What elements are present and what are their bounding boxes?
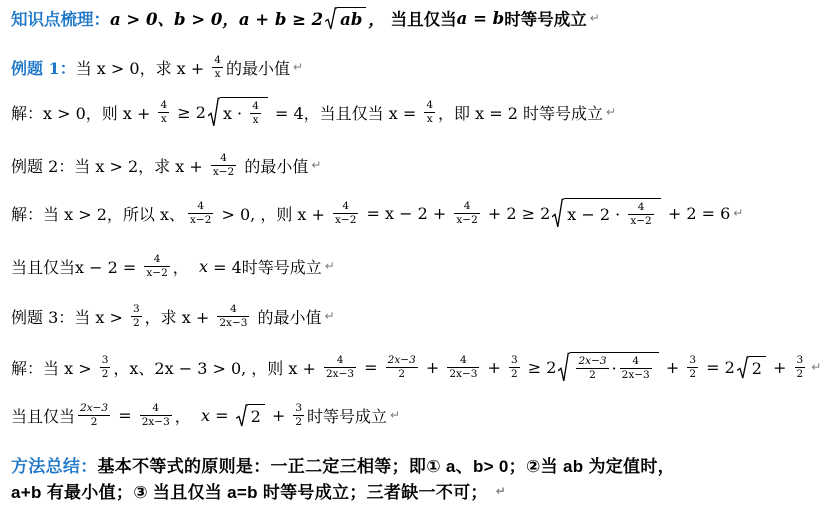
radicand: x − 2 · 4x−2	[564, 198, 660, 228]
fraction-numerator: 4	[630, 355, 641, 367]
text-run: 的最小值	[226, 56, 290, 79]
fraction-numerator: 3	[131, 303, 142, 315]
fraction-denominator: x−2	[628, 215, 653, 227]
fraction-denominator: 2	[100, 368, 111, 380]
fraction: 4x−2	[333, 200, 358, 226]
paragraph-mark-icon: ↵	[390, 408, 400, 422]
text-run: 例题 2：当 x > 2，求 x +	[11, 154, 208, 177]
fraction-denominator: x−2	[454, 214, 479, 226]
text-run: ，x、2x − 3 > 0, ，则 x +	[113, 356, 321, 379]
fraction-numerator: 4	[424, 99, 435, 111]
fraction: 42x−3	[447, 354, 479, 380]
text-run: 的最小值	[252, 305, 321, 328]
fraction-denominator: x	[425, 113, 435, 125]
fraction-denominator: x−2	[211, 166, 236, 178]
example3-solution-line: 解：当 x > 32，x、2x − 3 > 0, ，则 x + 42x−3 = …	[11, 352, 821, 382]
fraction-denominator: 2x−3	[140, 416, 172, 428]
text-run: 2	[752, 359, 762, 378]
example1-title-line: 例题 1：当 x > 0，求 x + 4x的最小值↵	[11, 54, 303, 80]
fraction-denominator: 2x−3	[447, 368, 479, 380]
text-run: > 0, ，则 x +	[216, 202, 330, 225]
heading-label: 方法总结：	[11, 452, 98, 477]
fraction: 2x−32	[78, 402, 110, 428]
sqrt-radical: 2x−32·42x−3	[558, 352, 658, 382]
fraction-numerator: 4	[636, 201, 647, 213]
text-run: a > 0、b > 0，a + b ≥ 2	[110, 6, 323, 30]
radicand: x · 4x	[220, 97, 268, 127]
text-run: 当且仅当	[385, 6, 457, 30]
fraction-denominator: x	[159, 113, 169, 125]
fraction: 4x	[250, 100, 261, 126]
fraction: 2x−32	[576, 355, 608, 381]
fraction-denominator: 2	[293, 416, 304, 428]
radicand: 2	[749, 356, 766, 379]
text-run: + 2 = 6	[663, 204, 731, 223]
fraction: 42x−3	[324, 354, 356, 380]
text-run: 当且仅当x − 2 =	[11, 255, 141, 278]
document-page: 知识点梳理：a > 0、b > 0，a + b ≥ 2ab， 当且仅当a = b…	[0, 0, 831, 509]
text-run: ，	[175, 404, 201, 427]
text-run: + 2 ≥ 2	[483, 204, 551, 223]
text-run: ，	[368, 6, 385, 30]
fraction: 4x−2	[144, 253, 169, 279]
fraction: 32	[509, 354, 520, 380]
text-run: ，求 x +	[145, 305, 215, 328]
fraction-denominator: 2x−3	[324, 368, 356, 380]
text-run: +	[267, 406, 291, 425]
heading-label: 知识点梳理：	[11, 6, 110, 30]
fraction-numerator: 2x−3	[386, 354, 418, 366]
text-run: 时等号成立	[504, 6, 587, 30]
fraction: 42x−3	[620, 355, 652, 381]
text-run: a = b	[457, 9, 505, 28]
fraction-numerator: 4	[218, 152, 229, 164]
fraction-denominator: 2	[795, 368, 806, 380]
text-run: =	[210, 406, 234, 425]
fraction: 32	[687, 354, 698, 380]
example2-solution-line: 解：当 x > 2，所以 x、4x−2 > 0, ，则 x + 4x−2 = x…	[11, 198, 743, 228]
text-run: ab	[340, 10, 362, 29]
fraction-denominator: x−2	[333, 214, 358, 226]
fraction: 4x	[158, 99, 169, 125]
fraction-numerator: 3	[687, 354, 698, 366]
paragraph-mark-icon: ↵	[606, 105, 616, 119]
fraction: 32	[795, 354, 806, 380]
text-run: +	[421, 358, 445, 377]
summary-line-2: a+b 有最小值；③ 当且仅当 a=b 时等号成立；三者缺一不可； ↵	[11, 478, 506, 503]
paragraph-mark-icon: ↵	[811, 360, 821, 374]
fraction-denominator: 2x−3	[217, 317, 249, 329]
fraction-denominator: 2	[587, 369, 598, 381]
fraction-numerator: 3	[795, 354, 806, 366]
fraction-numerator: 4	[458, 354, 469, 366]
text-run: 2	[251, 407, 261, 426]
text-run: +	[768, 358, 792, 377]
fraction-denominator: 2	[687, 368, 698, 380]
radicand: 2x−32·42x−3	[570, 352, 658, 382]
text-run: +	[482, 358, 506, 377]
paragraph-mark-icon: ↵	[325, 259, 335, 273]
text-run: ，	[173, 255, 199, 278]
sqrt-radical: ab	[325, 7, 366, 30]
fraction-numerator: 3	[100, 354, 111, 366]
radical-sign-icon	[325, 7, 337, 30]
text-run: =	[113, 406, 137, 425]
fraction: 42x−3	[217, 303, 249, 329]
fraction-denominator: 2	[89, 416, 100, 428]
fraction-denominator: x−2	[144, 267, 169, 279]
fraction-numerator: 2x−3	[78, 402, 110, 414]
text-run: ·	[612, 359, 617, 378]
example2-title-line: 例题 2：当 x > 2，求 x + 4x−2 的最小值↵	[11, 152, 321, 178]
fraction-numerator: 3	[509, 354, 520, 366]
paragraph-mark-icon: ↵	[293, 60, 303, 74]
paragraph-mark-icon: ↵	[496, 484, 506, 498]
heading-label: 例题 1：	[11, 56, 76, 79]
text-run: x	[201, 406, 210, 425]
radicand: ab	[337, 7, 366, 30]
sqrt-radical: 2	[236, 404, 265, 427]
paragraph-mark-icon: ↵	[733, 206, 743, 220]
radical-sign-icon	[558, 352, 570, 382]
sqrt-radical: x · 4x	[208, 97, 268, 127]
text-run: x ·	[223, 104, 247, 123]
example3-equality-line: 当且仅当2x−32 = 42x−3， x = 2 + 32时等号成立↵	[11, 402, 400, 428]
text-run: x	[199, 257, 208, 276]
text-run: ≥ 2	[172, 103, 206, 122]
fraction: 4x	[424, 99, 435, 125]
radical-sign-icon	[737, 356, 749, 379]
fraction-numerator: 2x−3	[576, 355, 608, 367]
text-run: 当 x > 0，求 x +	[76, 56, 210, 79]
fraction-denominator: x−2	[188, 214, 213, 226]
fraction: 4x	[212, 54, 223, 80]
fraction: 32	[293, 402, 304, 428]
text-run: 基本不等式的原则是：一正二定三相等；即① a、b> 0；②当 ab 为定值时，	[98, 452, 675, 477]
text-run: a+b 有最小值；③ 当且仅当 a=b 时等号成立；三者缺一不可；	[11, 478, 493, 503]
sqrt-radical: 2	[737, 356, 766, 379]
text-run: 时等号成立	[307, 404, 387, 427]
paragraph-mark-icon: ↵	[311, 158, 321, 172]
paragraph-mark-icon: ↵	[325, 309, 335, 323]
fraction: 4x−2	[628, 201, 653, 227]
knowledge-point-line: 知识点梳理：a > 0、b > 0，a + b ≥ 2ab， 当且仅当a = b…	[11, 6, 600, 30]
fraction: 4x−2	[454, 200, 479, 226]
fraction-numerator: 4	[158, 99, 169, 111]
text-run: x − 2 ·	[567, 205, 625, 224]
text-run: 例题 3：当 x >	[11, 305, 128, 328]
fraction: 42x−3	[140, 402, 172, 428]
text-run: 解：当 x >	[11, 356, 97, 379]
fraction-numerator: 4	[462, 200, 473, 212]
text-run: =	[359, 358, 383, 377]
fraction: 32	[100, 354, 111, 380]
example2-equality-line: 当且仅当x − 2 = 4x−2， x = 4时等号成立↵	[11, 253, 335, 279]
summary-line-1: 方法总结：基本不等式的原则是：一正二定三相等；即① a、b> 0；②当 ab 为…	[11, 452, 675, 477]
fraction-numerator: 4	[195, 200, 206, 212]
fraction-numerator: 4	[228, 303, 239, 315]
example1-solution-line: 解：x > 0，则 x + 4x ≥ 2x · 4x = 4，当且仅当 x = …	[11, 97, 616, 127]
text-run: 的最小值	[239, 154, 308, 177]
text-run: 解：当 x > 2，所以 x、	[11, 202, 185, 225]
example3-title-line: 例题 3：当 x > 32，求 x + 42x−3 的最小值↵	[11, 303, 335, 329]
fraction-numerator: 4	[150, 402, 161, 414]
fraction: 4x−2	[188, 200, 213, 226]
fraction-denominator: 2	[396, 368, 407, 380]
fraction-denominator: 2x−3	[620, 369, 652, 381]
fraction: 32	[131, 303, 142, 329]
fraction-denominator: 2	[131, 317, 142, 329]
text-run: = 4时等号成立	[208, 255, 322, 278]
fraction: 4x−2	[211, 152, 236, 178]
fraction-denominator: x	[251, 114, 261, 126]
fraction-numerator: 4	[152, 253, 163, 265]
fraction-numerator: 4	[250, 100, 261, 112]
radical-sign-icon	[552, 198, 564, 228]
radical-sign-icon	[236, 404, 248, 427]
text-run: 解：x > 0，则 x +	[11, 101, 155, 124]
text-run: = 2	[701, 358, 735, 377]
text-run: ≥ 2	[523, 358, 557, 377]
fraction: 2x−32	[386, 354, 418, 380]
fraction-numerator: 4	[340, 200, 351, 212]
text-run: 当且仅当	[11, 404, 75, 427]
paragraph-mark-icon: ↵	[590, 11, 600, 25]
fraction-denominator: x	[213, 68, 223, 80]
fraction-numerator: 4	[212, 54, 223, 66]
text-run: +	[661, 358, 685, 377]
radical-sign-icon	[208, 97, 220, 127]
sqrt-radical: x − 2 · 4x−2	[552, 198, 660, 228]
fraction-denominator: 2	[509, 368, 520, 380]
fraction-numerator: 3	[293, 402, 304, 414]
text-run: = 4，当且仅当 x =	[270, 101, 421, 124]
fraction-numerator: 4	[335, 354, 346, 366]
radicand: 2	[248, 404, 265, 427]
text-run: = x − 2 +	[361, 204, 451, 223]
text-run: ，即 x = 2 时等号成立	[438, 101, 603, 124]
